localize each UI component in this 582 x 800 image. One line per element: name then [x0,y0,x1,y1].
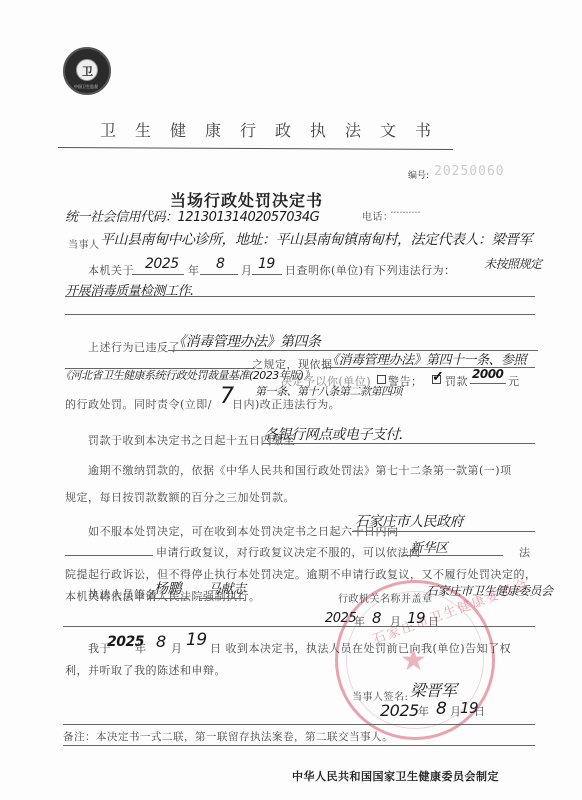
header-title: 卫生健康行政执法文书 [100,118,450,141]
fine-amount-line [470,383,506,384]
emblem-mark-icon: 卫 [82,63,93,79]
checkmark-icon: ✓ [432,369,444,385]
receipt-month-char: 月 [171,640,183,656]
violation-line-1 [65,296,535,297]
found-month: 8 [216,256,224,272]
violation-part1: 未按照规定 [484,255,542,272]
appeal-court-suffix: 法 [519,544,531,560]
penalty-line-end: 日内)改正违法行为。 [232,396,340,412]
emblem-inner: 卫 [76,59,98,81]
agency-value: 石家庄市卫生健康委员会 [426,582,553,599]
appeal-gov-line [352,531,535,532]
emblem-ring-text: 中国卫生监督 [74,84,98,90]
found-suffix: 日查明你(单位)有下列违法行为： [285,262,456,278]
decision-prefix: 决定予以你(单位) [281,373,371,389]
found-month-line [200,274,238,275]
party-date-month: 8 [436,699,446,719]
found-day: 19 [258,256,275,272]
party-value: 平山县南甸中心诊所，地址：平山县南甸镇南甸村，法定代表人：梁晋军 [100,229,532,249]
overdue-text-1: 逾期不缴纳罚款的，依据《中华人民共和国行政处罚法》第七十二条第一款第(一)项 [88,462,512,478]
found-year-suffix: 年 [188,262,200,278]
overdue-text-2: 规定，每日按罚款数额的百分之三加处罚款。 [65,489,295,505]
officer-sign-1: 杨鹏 [154,578,181,598]
officer-sign-1-line [148,598,188,599]
penalty-line: 的行政处罚。同时责令(立即/ [65,396,212,412]
receipt-text-1: 日 收到本决定书，执法人员在处罚前已向我(单位)告知了权 [210,640,511,656]
receipt-text-2: 利，并听取了我的陈述和申辩。 [65,662,226,678]
agency-label: 行政机关名称并盖章 [338,590,433,605]
appeal-court-line [403,555,503,556]
agency-date-year: 2025 [325,611,356,626]
payment-line [262,443,535,444]
appeal-court: 新华区 [410,537,448,556]
emblem-logo: 卫 中国卫生监督 [63,47,111,95]
warning-label: 警告； [388,373,423,389]
appeal-gov-line-2 [65,555,153,556]
fine-amount: 2000 [472,367,503,381]
appeal-mid: 申请行政复议，对行政复议决定不服的，可以依法向 [156,544,421,560]
remark-top-rule [63,724,535,725]
violated-value: 《消毒管理办法》第四条 [172,331,321,351]
basis-value-2: 《河北省卫生健康系统行政处罚裁量基准(2023年版)》 [60,367,314,383]
found-year: 2025 [145,256,179,272]
serial-number: 20250060 [434,164,505,179]
fine-unit: 元 [508,373,520,389]
appeal-government: 石家庄市人民政府 [355,511,463,531]
header-rule [58,147,453,150]
officer-sign-label: 执法人员签名 [88,586,157,602]
warning-checkbox[interactable] [377,375,386,384]
phone-value: ·········· [390,206,420,219]
found-day-line [252,274,282,275]
found-year-line [132,274,184,275]
payment-value: 各银行网点或电子支付. [264,424,403,444]
fine-label: 罚款 [445,373,468,389]
party-sign-value: 梁晋军 [410,678,457,701]
violation-line-2 [65,314,535,315]
section-divider [63,626,535,627]
footer-maker: 中华人民共和国国家卫生健康委员会制定 [292,768,499,784]
found-prefix: 本机关于 [88,262,134,278]
party-date-day-char: 日 [474,703,486,719]
remark-text: 备注：本决定书一式二联，第一联留存执法案卷，第二联交当事人。 [63,729,393,744]
phone-label: 电话： [362,208,394,223]
receipt-day: 19 [186,630,207,650]
party-date-year-char: 年 [418,703,430,719]
appeal-text-3: 院提起行政诉讼，但不得停止执行本处罚决定。逾期不申请行政复议，又不履行处罚决定的… [65,566,537,582]
agency-date-day: 19 [407,609,425,627]
party-date-year: 2025 [380,701,419,720]
officer-sign-2: 马献志 [208,578,246,597]
found-month-suffix: 月 [241,262,253,278]
agency-date-month: 8 [372,609,381,627]
officer-sign-2-line [200,598,244,599]
receipt-month: 8 [156,632,166,651]
remark-bottom-rule [63,745,535,746]
basis-value-1: 《消毒管理办法》第四十一条、参照 [326,349,526,368]
violated-prefix: 上述行为已违反了 [88,339,180,355]
credit-code-line: 统一社会信用代码：12130131402057034G [65,206,319,225]
serial-label: 编号: [408,168,429,181]
party-label: 当事人 [68,236,100,251]
receipt-year-char: 年 [135,640,147,656]
